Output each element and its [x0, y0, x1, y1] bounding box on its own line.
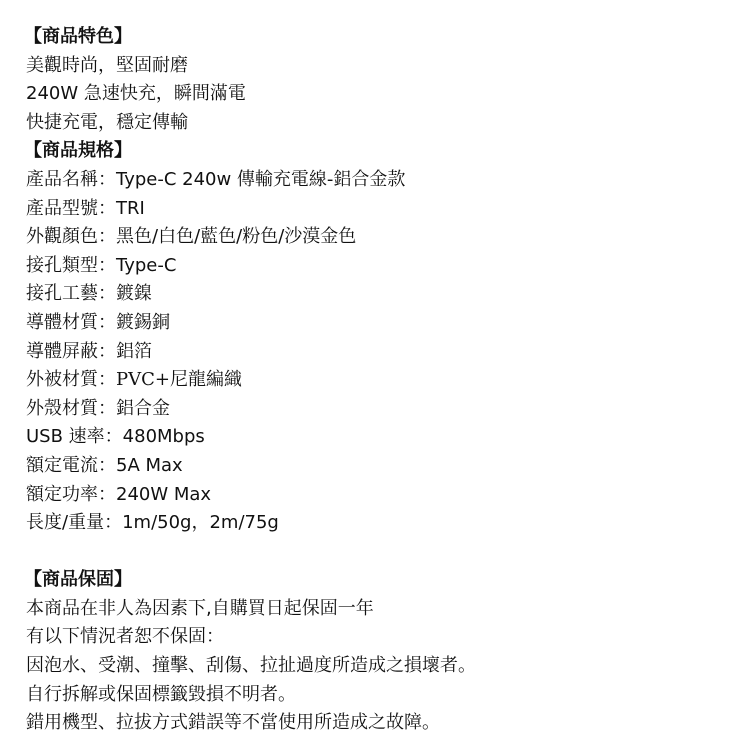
spec-row: 額定功率：240W Max — [26, 481, 726, 510]
spec-label: 外殼材質 — [26, 398, 98, 419]
features-heading: 【商品特色】 — [24, 23, 726, 52]
warranty-item: 有以下情況者恕不保固： — [26, 623, 726, 652]
spec-label: 長度/重量 — [26, 512, 104, 533]
spec-value: Type-C — [116, 255, 176, 276]
spec-separator: ： — [98, 226, 116, 247]
warranty-heading: 【商品保固】 — [24, 566, 726, 595]
spec-separator: ： — [98, 455, 116, 476]
spec-label: 產品型號 — [26, 198, 98, 219]
spec-label: 接孔工藝 — [26, 283, 98, 304]
spec-separator: ： — [104, 512, 122, 533]
spec-separator: ： — [98, 198, 116, 219]
spec-label: 外觀顏色 — [26, 226, 98, 247]
spec-label: 外被材質 — [26, 369, 98, 390]
spec-separator: ： — [98, 341, 116, 362]
spec-value: 鋁合金 — [116, 398, 170, 419]
spec-separator: ： — [98, 312, 116, 333]
spec-separator: ： — [98, 169, 116, 190]
spec-value: 鋁箔 — [116, 341, 152, 362]
spec-label: USB 速率 — [26, 426, 105, 447]
spec-separator: ： — [98, 484, 116, 505]
spec-separator: ： — [98, 255, 116, 276]
spec-row: 接孔工藝：鍍鎳 — [26, 280, 726, 309]
spec-separator: ： — [98, 369, 116, 390]
spec-value: Type-C 240w 傳輸充電線-鋁合金款 — [116, 169, 405, 190]
spec-value: TRI — [116, 198, 145, 219]
spec-row: 產品名稱：Type-C 240w 傳輸充電線-鋁合金款 — [26, 166, 726, 195]
spec-row: 接孔類型：Type-C — [26, 252, 726, 281]
spec-label: 導體材質 — [26, 312, 98, 333]
specs-heading: 【商品規格】 — [24, 137, 726, 166]
warranty-item: 本商品在非人為因素下,自購買日起保固一年 — [26, 595, 726, 624]
spec-separator: ： — [105, 426, 123, 447]
warranty-item: 錯用機型、拉拔方式錯誤等不當使用所造成之故障。 — [26, 709, 726, 738]
spec-value: 1m/50g，2m/75g — [122, 512, 279, 533]
warranty-item: 自行拆解或保固標籤毀損不明者。 — [26, 681, 726, 710]
spec-row: USB 速率：480Mbps — [26, 423, 726, 452]
spec-row: 外被材質：PVC+尼龍編織 — [26, 366, 726, 395]
spec-separator: ： — [98, 283, 116, 304]
spec-row: 外觀顏色：黑色/白色/藍色/粉色/沙漠金色 — [26, 223, 726, 252]
feature-item: 美觀時尚，堅固耐磨 — [26, 52, 726, 81]
spec-value: 240W Max — [116, 484, 211, 505]
spec-row: 導體屏蔽：鋁箔 — [26, 338, 726, 367]
spec-label: 產品名稱 — [26, 169, 98, 190]
spec-row: 額定電流：5A Max — [26, 452, 726, 481]
spec-row: 外殼材質：鋁合金 — [26, 395, 726, 424]
feature-item: 快捷充電，穩定傳輸 — [26, 109, 726, 138]
spec-value: 480Mbps — [123, 426, 205, 447]
spec-separator: ： — [98, 398, 116, 419]
spec-value: PVC+尼龍編織 — [116, 369, 242, 390]
spec-label: 接孔類型 — [26, 255, 98, 276]
spec-value: 5A Max — [116, 455, 183, 476]
product-description: 【商品特色】 美觀時尚，堅固耐磨 240W 急速快充，瞬間滿電 快捷充電，穩定傳… — [26, 23, 726, 738]
spec-row: 導體材質：鍍錫銅 — [26, 309, 726, 338]
spec-label: 額定電流 — [26, 455, 98, 476]
section-spacer — [26, 538, 726, 567]
feature-item: 240W 急速快充，瞬間滿電 — [26, 80, 726, 109]
spec-value: 鍍鎳 — [116, 283, 152, 304]
spec-value: 鍍錫銅 — [116, 312, 170, 333]
spec-label: 導體屏蔽 — [26, 341, 98, 362]
spec-row: 長度/重量：1m/50g，2m/75g — [26, 509, 726, 538]
spec-value: 黑色/白色/藍色/粉色/沙漠金色 — [116, 226, 356, 247]
warranty-item: 因泡水、受潮、撞擊、刮傷、拉扯過度所造成之損壞者。 — [26, 652, 726, 681]
spec-label: 額定功率 — [26, 484, 98, 505]
spec-row: 產品型號：TRI — [26, 195, 726, 224]
